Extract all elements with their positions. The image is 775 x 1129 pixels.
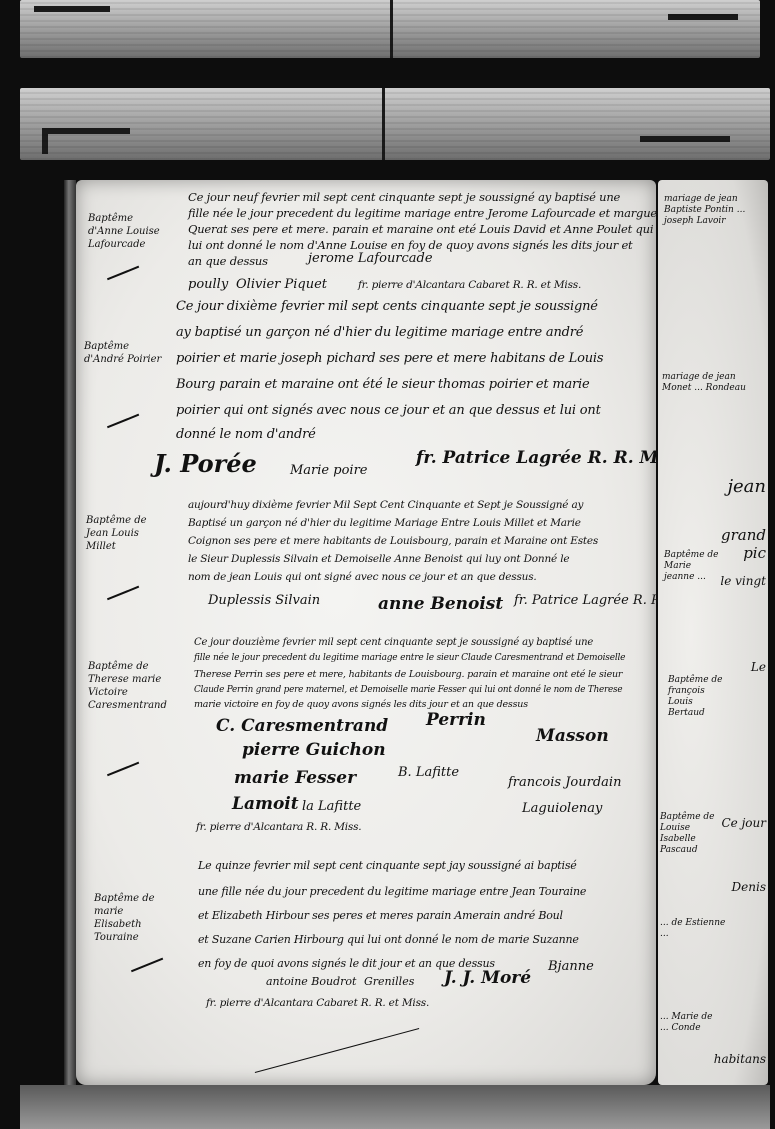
signature: Perrin (426, 712, 486, 729)
signature: antoine Boudrot (266, 976, 356, 987)
margin-note: mariage de jean Baptiste Pontin ... jose… (664, 194, 754, 227)
closing-signature: fr. pierre d'Alcantara Cabaret R. R. et … (206, 998, 429, 1009)
signature: J. J. Moré (444, 970, 531, 987)
previous-frame-strip-1 (20, 0, 760, 58)
margin-note: Baptême de marie Elisabeth Touraine (94, 892, 174, 944)
margin-note: ... de Estienne ... (660, 918, 730, 940)
margin-dash (107, 762, 139, 776)
signature: Lamoit (232, 796, 299, 813)
next-frame-strip (20, 1085, 770, 1129)
margin-note: Baptême d'Anne Louise Lafourcade (88, 212, 168, 251)
margin-note: Baptême de Therese marie Victoire Caresm… (88, 660, 168, 712)
margin-note: Baptême d'André Poirier (84, 340, 164, 366)
signature: Bjanne (548, 960, 594, 973)
signature: fr. pierre d'Alcantara Cabaret R. R. et … (358, 280, 581, 291)
signature: Olivier Piquet (236, 278, 327, 291)
signature: Laguiolenay (522, 802, 602, 815)
signature: C. Caresmentrand (216, 718, 388, 735)
signature: poully (188, 278, 228, 291)
signature: B. Lafitte (398, 766, 459, 779)
margin-note: Baptême de Marie jeanne ... (664, 550, 724, 583)
margin-note: mariage de jean Monet ... Rondeau (662, 372, 752, 394)
signature: jerome Lafourcade (308, 252, 433, 265)
margin-dash (107, 414, 139, 428)
signature: francois Jourdain (508, 776, 621, 789)
adjacent-page: mariage de jean Baptiste Pontin ... jose… (658, 180, 768, 1085)
signature: Masson (536, 728, 609, 745)
margin-note: Baptême de Louise Isabelle Pascaud (660, 812, 722, 856)
margin-dash (107, 586, 139, 600)
signature: Marie poire (290, 464, 367, 477)
signature: fr. pierre d'Alcantara R. R. Miss. (196, 822, 361, 833)
book-binding (64, 180, 76, 1085)
margin-note: Baptême de françois Louis Bertaud (668, 675, 730, 719)
margin-dash (131, 958, 163, 972)
pen-stroke (255, 1028, 419, 1073)
register-page: Baptême d'Anne Louise Lafourcade Ce jour… (76, 180, 656, 1085)
signature: Duplessis Silvain (208, 594, 320, 607)
margin-dash (107, 266, 139, 280)
signature: fr. Patrice Lagrée R. R. Miss. (416, 450, 690, 467)
signature: J. Porée (154, 452, 257, 476)
signature: anne Benoist (378, 596, 503, 613)
margin-note: Baptême de Jean Louis Millet (86, 514, 166, 553)
signature: Grenilles (364, 976, 414, 987)
previous-frame-strip-2 (20, 88, 770, 160)
margin-note: ... Marie de ... Conde (660, 1012, 718, 1034)
signature: marie Fesser (234, 770, 356, 787)
signature: la Lafitte (302, 800, 361, 813)
signature: pierre Guichon (242, 742, 386, 759)
